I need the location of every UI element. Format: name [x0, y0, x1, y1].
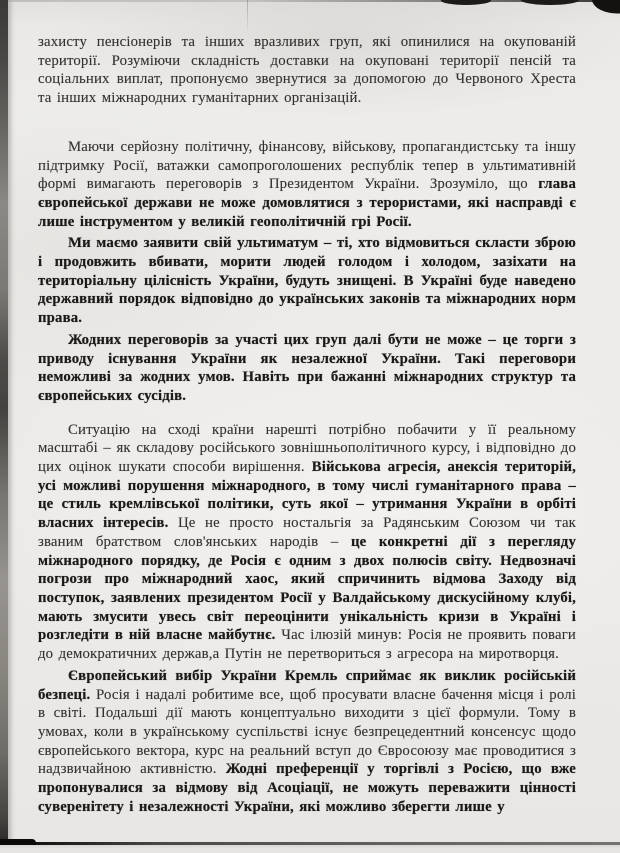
paragraph: Маючи серйозну політичну, фінансову, вій…: [38, 138, 576, 232]
scan-artifact-bottom-strip: [0, 845, 620, 853]
paragraph: Ми маємо заявити свій ультиматум – ті, х…: [38, 234, 576, 328]
text-run: Маючи серйозну політичну, фінансову, вій…: [38, 139, 576, 192]
scan-artifact-left-edge: [0, 0, 8, 853]
scan-artifact-top-mark-2: [521, 0, 579, 5]
text-run: захисту пенсіонерів та інших вразливих г…: [38, 34, 576, 106]
bold-text-run: Ми маємо заявити свій ультиматум – ті, х…: [38, 235, 576, 326]
paragraph: Жодних переговорів за участі цих груп да…: [38, 331, 576, 406]
paragraph: захисту пенсіонерів та інших вразливих г…: [38, 33, 576, 108]
scan-artifact-paper-crease: [247, 0, 248, 34]
document-text-block: захисту пенсіонерів та інших вразливих г…: [38, 33, 576, 816]
scan-artifact-top-right-corner: [591, 0, 620, 15]
scan-artifact-top-mark-1: [441, 0, 491, 5]
bold-text-run: Жодних переговорів за участі цих груп да…: [38, 332, 576, 404]
scanned-document-page: захисту пенсіонерів та інших вразливих г…: [0, 0, 620, 853]
paragraph: Ситуацію на сході країни нарешті потрібн…: [38, 421, 576, 664]
paragraph: Європейський вибір України Кремль сприйм…: [38, 667, 576, 817]
